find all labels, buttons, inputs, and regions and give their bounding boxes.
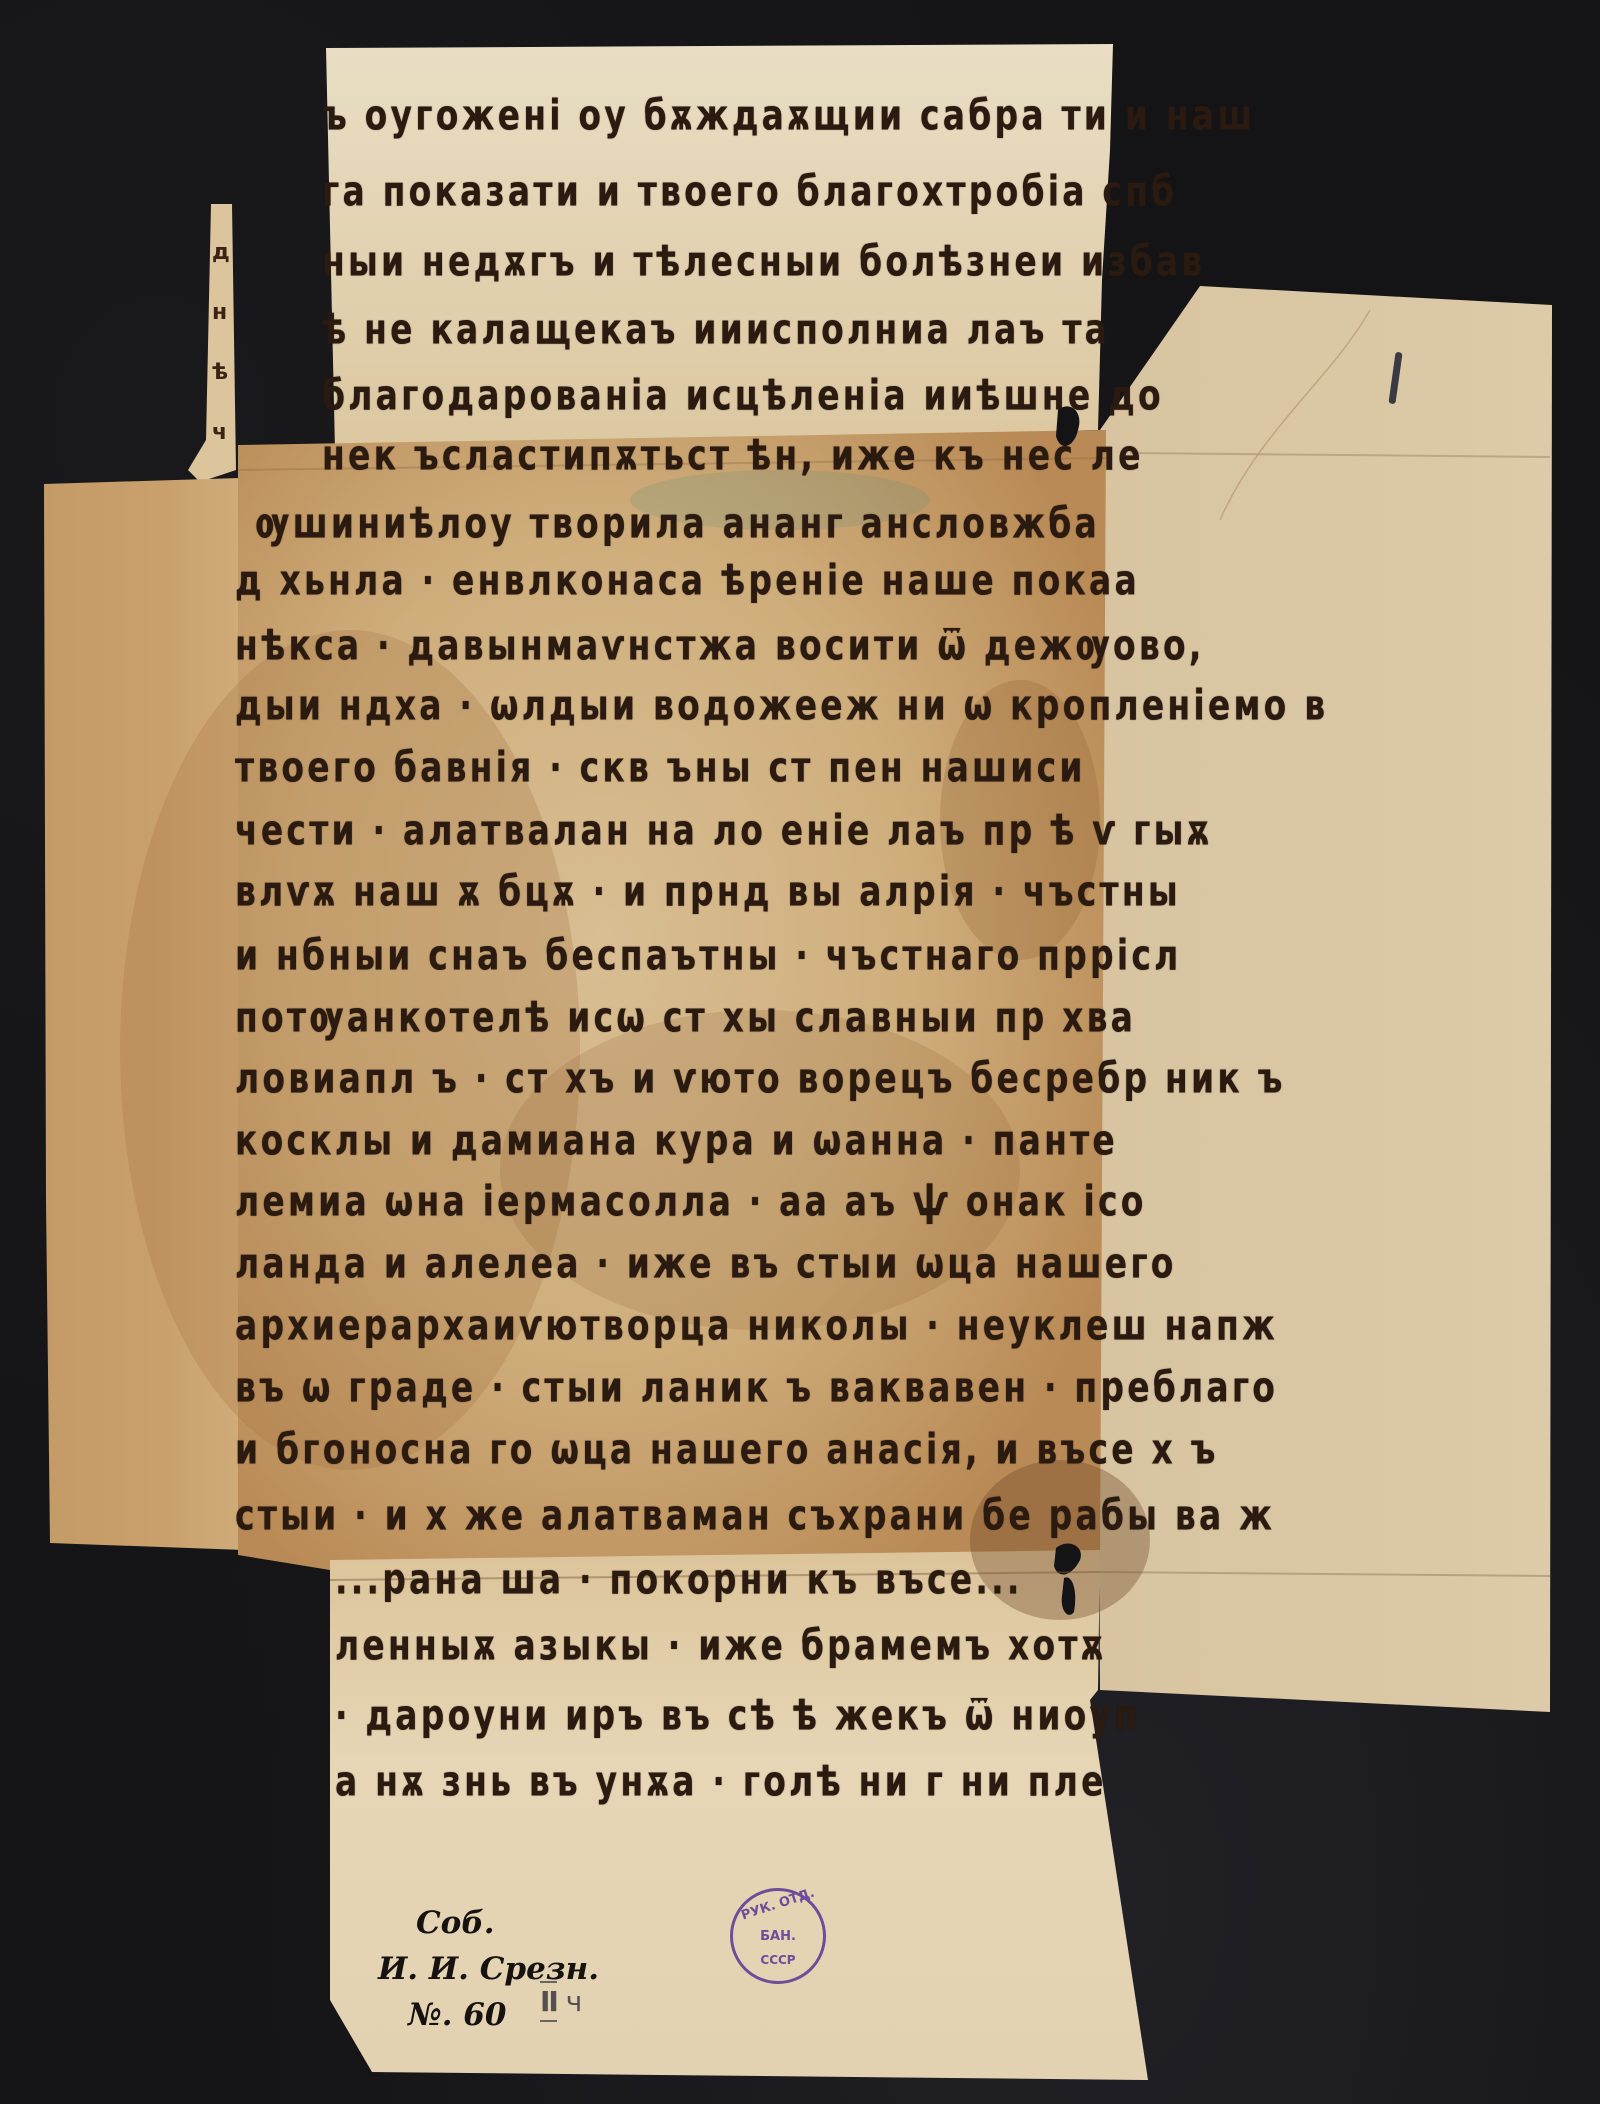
strip-letter: н <box>212 300 227 325</box>
pencil-suffix: ч <box>566 1985 583 2018</box>
library-stamp: РУК. ОТД. БАН. СССР <box>730 1888 826 1984</box>
top-fragment <box>326 44 1113 450</box>
manuscript-photo: ъ оугожені оу бѫждаѫщии сабра ти и наш г… <box>0 0 1600 2104</box>
stamp-bottom-text: СССР <box>733 1953 823 1967</box>
pencil-note: II ч <box>540 1985 582 2018</box>
right-blank-panel <box>1098 286 1552 1712</box>
pencil-roman-numeral: II <box>540 1981 557 2022</box>
strip-letter: ч <box>212 420 227 445</box>
shelfmark-line-1: Соб. <box>378 1900 599 1946</box>
parchment-fragments <box>0 0 1600 2104</box>
stamp-middle-text: БАН. <box>733 1929 823 1944</box>
strip-letter: ѣ <box>212 360 228 385</box>
strip-letter: д <box>212 240 230 265</box>
